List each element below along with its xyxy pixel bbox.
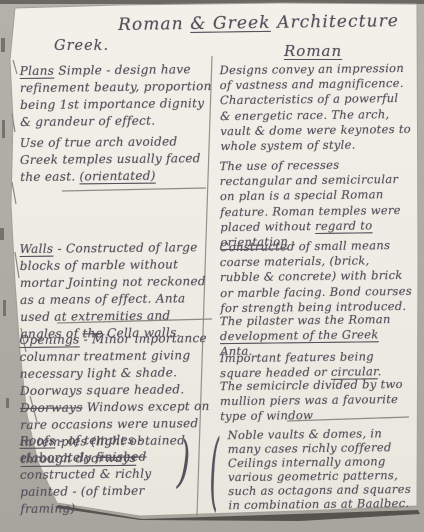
- text-segment: development of the Greek: [220, 327, 379, 343]
- greek-arch-paragraph: Use of true arch avoided Greek temples u…: [20, 133, 213, 186]
- text-segment: finished: [96, 450, 147, 465]
- greek-roofs-paragraph: Roofs - of temples - elaborately finishe…: [20, 431, 189, 518]
- roman-walls-paragraph: Constructed of small means coarse materi…: [220, 238, 413, 316]
- roman-vaults-paragraph: Noble vaults & domes, in many cases rich…: [227, 426, 412, 512]
- roman-recesses-paragraph: The use of recesses rectangular and semi…: [219, 157, 412, 250]
- left-column-heading: Greek.: [54, 38, 109, 54]
- torn-margin-flecks: [0, 38, 9, 408]
- text-segment: Designs convey an impression of vastness…: [219, 61, 411, 153]
- text-segment: Walls: [19, 242, 53, 256]
- roman-designs-paragraph: Designs convey an impression of vastness…: [219, 61, 412, 154]
- greek-walls-paragraph: Walls - Constructed of large blocks of m…: [19, 239, 212, 343]
- text-segment: constructed & richly painted - (of timbe…: [20, 467, 152, 516]
- vaults-opening-bracket-glyph: (: [209, 423, 220, 522]
- text-segment: & Greek: [190, 13, 271, 34]
- text-segment: The pilaster was the Roman: [220, 312, 391, 328]
- photo-of-handwritten-notes: { "palette":{ "background":"#aeaba4", "p…: [0, 0, 424, 532]
- text-segment: Noble vaults & domes, in many cases rich…: [227, 426, 411, 512]
- text-segment: Roman: [118, 14, 191, 35]
- text-segment: (orientated): [79, 169, 155, 184]
- page-title: Roman & Greek Architecture: [118, 11, 399, 35]
- text-segment: Plans: [20, 64, 55, 78]
- text-segment: The semicircle divided by two mullion pi…: [220, 377, 403, 424]
- text-segment: Architecture: [270, 11, 399, 33]
- text-segment: Doorways: [20, 400, 83, 415]
- text-segment: Constructed of small means coarse materi…: [220, 238, 413, 315]
- roman-window-paragraph: The semicircle divided by two mullion pi…: [220, 377, 413, 425]
- text-segment: Openings: [19, 332, 79, 347]
- scanned-note-page: Roman & Greek Architecture Greek. Roman …: [0, 0, 424, 532]
- text-segment: Roofs: [20, 434, 56, 448]
- greek-plans-paragraph: Plans Simple - design have refinement be…: [20, 61, 213, 131]
- right-column-heading: Roman: [284, 42, 342, 60]
- text-segment: The use of recesses rectangular and semi…: [219, 158, 400, 234]
